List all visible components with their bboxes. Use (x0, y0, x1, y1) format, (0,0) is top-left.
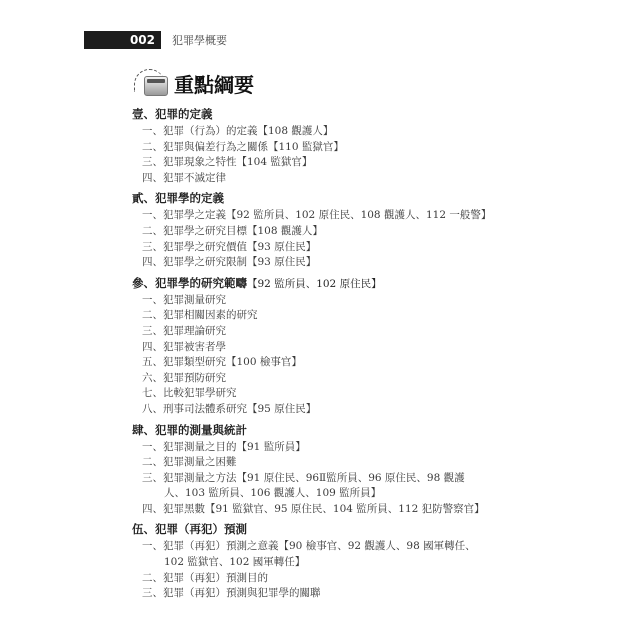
section-banner: 重點綱要 (132, 68, 254, 98)
outline-item: 八、刑事司法體系研究【95 原住民】 (132, 402, 512, 418)
outline-section: 肆、犯罪的測量與統計 一、犯罪測量之目的【91 監所員】 二、犯罪測量之困難 三… (132, 422, 512, 518)
outline-item: 三、犯罪測量之方法【91 原住民、96Ⅱ監所員、96 原住民、98 觀護人、10… (132, 471, 512, 502)
section-heading: 壹、犯罪的定義 (132, 106, 512, 124)
outline-item: 三、犯罪（再犯）預測與犯罪學的關聯 (132, 586, 512, 602)
outline-item: 一、犯罪學之定義【92 監所員、102 原住民、108 觀護人、112 一般警】 (132, 208, 512, 224)
section-heading: 肆、犯罪的測量與統計 (132, 422, 512, 440)
section-heading: 參、犯罪學的研究範疇【92 監所員、102 原住民】 (132, 275, 512, 293)
outline-content: 壹、犯罪的定義 一、犯罪（行為）的定義【108 觀護人】 二、犯罪與偏差行為之關… (132, 102, 512, 602)
outline-item: 一、犯罪（再犯）預測之意義【90 檢事官、92 觀護人、98 國軍轉任、102 … (132, 539, 512, 570)
outline-section: 貳、犯罪學的定義 一、犯罪學之定義【92 監所員、102 原住民、108 觀護人… (132, 190, 512, 270)
outline-item: 三、犯罪學之研究價值【93 原住民】 (132, 240, 512, 256)
outline-item: 六、犯罪預防研究 (132, 371, 512, 387)
section-heading: 伍、犯罪（再犯）預測 (132, 521, 512, 539)
outline-item: 二、犯罪相關因素的研究 (132, 308, 512, 324)
keyboard-key-icon (132, 68, 172, 98)
page-number: 002 (84, 31, 161, 49)
outline-item: 二、犯罪學之研究目標【108 觀護人】 (132, 224, 512, 240)
outline-section: 壹、犯罪的定義 一、犯罪（行為）的定義【108 觀護人】 二、犯罪與偏差行為之關… (132, 106, 512, 186)
outline-item: 二、犯罪測量之困難 (132, 455, 512, 471)
chapter-title: 犯罪學概要 (172, 32, 227, 48)
outline-item: 一、犯罪測量之目的【91 監所員】 (132, 440, 512, 456)
outline-section: 參、犯罪學的研究範疇【92 監所員、102 原住民】 一、犯罪測量研究 二、犯罪… (132, 275, 512, 418)
outline-item: 一、犯罪（行為）的定義【108 觀護人】 (132, 124, 512, 140)
outline-item: 四、犯罪黑數【91 監獄官、95 原住民、104 監所員、112 犯防警察官】 (132, 502, 512, 518)
outline-item: 七、比較犯罪學研究 (132, 386, 512, 402)
section-heading: 貳、犯罪學的定義 (132, 190, 512, 208)
page-header: 002 犯罪學概要 (84, 31, 227, 49)
outline-item: 四、犯罪學之研究限制【93 原住民】 (132, 255, 512, 271)
outline-item: 一、犯罪測量研究 (132, 293, 512, 309)
outline-item: 四、犯罪不滅定律 (132, 171, 512, 187)
outline-item: 五、犯罪類型研究【100 檢事官】 (132, 355, 512, 371)
outline-section: 伍、犯罪（再犯）預測 一、犯罪（再犯）預測之意義【90 檢事官、92 觀護人、9… (132, 521, 512, 601)
banner-title: 重點綱要 (174, 69, 254, 98)
outline-item: 二、犯罪（再犯）預測目的 (132, 571, 512, 587)
outline-item: 三、犯罪理論研究 (132, 324, 512, 340)
outline-item: 三、犯罪現象之特性【104 監獄官】 (132, 155, 512, 171)
outline-item: 二、犯罪與偏差行為之關係【110 監獄官】 (132, 140, 512, 156)
outline-item: 四、犯罪被害者學 (132, 340, 512, 356)
